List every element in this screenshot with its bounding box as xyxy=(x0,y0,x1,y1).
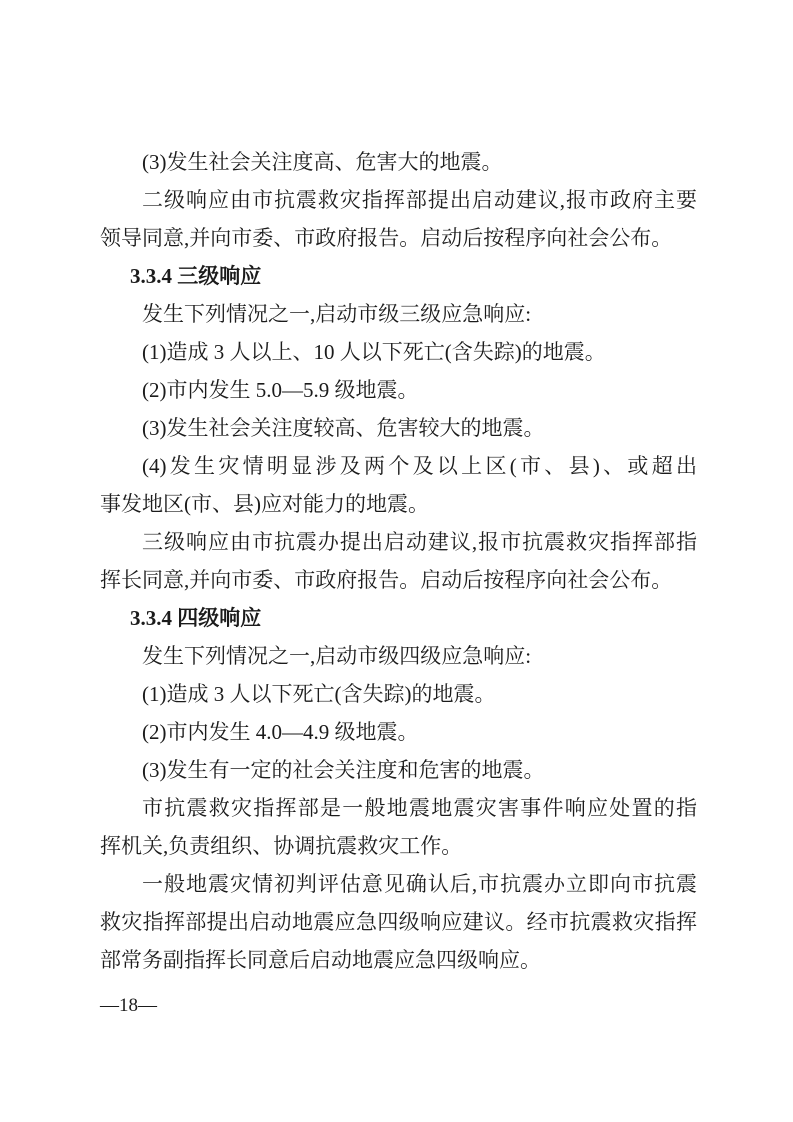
paragraph-line: 挥机关,负责组织、协调抗震救灾工作。 xyxy=(100,827,697,865)
paragraph-line: 领导同意,并向市委、市政府报告。启动后按程序向社会公布。 xyxy=(100,219,697,257)
paragraph-line: (3)发生有一定的社会关注度和危害的地震。 xyxy=(100,751,697,789)
paragraph-line: 救灾指挥部提出启动地震应急四级响应建议。经市抗震救灾指挥 xyxy=(100,903,697,941)
paragraph-line: 挥长同意,并向市委、市政府报告。启动后按程序向社会公布。 xyxy=(100,561,697,599)
paragraph-line: 事发地区(市、县)应对能力的地震。 xyxy=(100,485,697,523)
paragraph-line: 三级响应由市抗震办提出启动建议,报市抗震救灾指挥部指 xyxy=(100,523,697,561)
document-page: (3)发生社会关注度高、危害大的地震。二级响应由市抗震救灾指挥部提出启动建议,报… xyxy=(0,0,793,1122)
paragraph-line: (1)造成 3 人以下死亡(含失踪)的地震。 xyxy=(100,675,697,713)
document-content: (3)发生社会关注度高、危害大的地震。二级响应由市抗震救灾指挥部提出启动建议,报… xyxy=(100,143,697,979)
paragraph-line: 一般地震灾情初判评估意见确认后,市抗震办立即向市抗震 xyxy=(100,865,697,903)
paragraph-line: 发生下列情况之一,启动市级三级应急响应: xyxy=(100,295,697,333)
page-number: —18— xyxy=(100,995,157,1017)
section-heading: 3.3.4 三级响应 xyxy=(100,257,697,295)
paragraph-line: (4)发生灾情明显涉及两个及以上区(市、县)、或超出 xyxy=(100,447,697,485)
paragraph-line: 市抗震救灾指挥部是一般地震地震灾害事件响应处置的指 xyxy=(100,789,697,827)
paragraph-line: 发生下列情况之一,启动市级四级应急响应: xyxy=(100,637,697,675)
paragraph-line: (2)市内发生 5.0—5.9 级地震。 xyxy=(100,371,697,409)
paragraph-line: (1)造成 3 人以上、10 人以下死亡(含失踪)的地震。 xyxy=(100,333,697,371)
paragraph-line: 部常务副指挥长同意后启动地震应急四级响应。 xyxy=(100,941,697,979)
paragraph-line: (3)发生社会关注度较高、危害较大的地震。 xyxy=(100,409,697,447)
paragraph-line: (2)市内发生 4.0—4.9 级地震。 xyxy=(100,713,697,751)
section-heading: 3.3.4 四级响应 xyxy=(100,599,697,637)
paragraph-line: (3)发生社会关注度高、危害大的地震。 xyxy=(100,143,697,181)
paragraph-line: 二级响应由市抗震救灾指挥部提出启动建议,报市政府主要 xyxy=(100,181,697,219)
